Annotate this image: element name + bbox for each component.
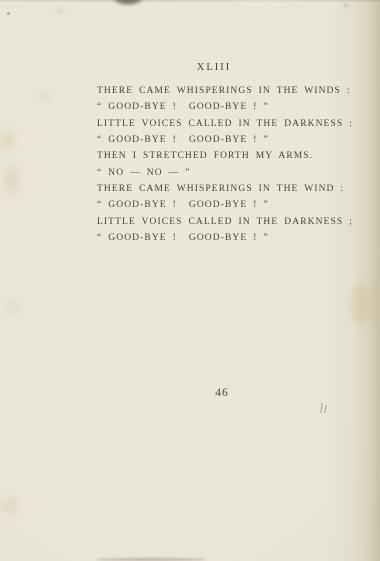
poem-line: “ NO — NO — ”	[97, 165, 357, 181]
foxing-spot	[0, 124, 20, 158]
pencil-mark	[319, 402, 329, 415]
page-top-edge-shading	[0, 0, 380, 2]
paper-speck	[7, 12, 10, 15]
poem-text: THERE CAME WHISPERINGS IN THE WINDS : “ …	[97, 83, 357, 246]
poem-line: LITTLE VOICES CALLED IN THE DARKNESS :	[97, 116, 357, 132]
poem-line: “ GOOD-BYE ! GOOD-BYE ! ”	[97, 230, 357, 246]
poem-line: “ GOOD-BYE ! GOOD-BYE ! ”	[97, 197, 357, 213]
poem-line: THEN I STRETCHED FORTH MY ARMS.	[97, 148, 357, 164]
pencil-stroke	[320, 403, 322, 413]
foxing-spot	[2, 296, 24, 318]
foxing-spot	[36, 88, 54, 106]
page-number: 46	[215, 387, 229, 399]
poem-line: LITTLE VOICES CALLED IN THE DARKNESS ;	[97, 214, 357, 230]
foxing-spot	[54, 6, 66, 16]
poem-line: THERE CAME WHISPERINGS IN THE WIND :	[97, 181, 357, 197]
right-edge-stain	[348, 278, 378, 330]
book-page: XLIII THERE CAME WHISPERINGS IN THE WIND…	[0, 0, 380, 561]
pencil-stroke	[324, 405, 327, 413]
top-edge-smudge	[112, 0, 144, 6]
poem-number-heading: XLIII	[197, 62, 232, 73]
poem-line: “ GOOD-BYE ! GOOD-BYE ! ”	[97, 132, 357, 148]
poem-line: “ GOOD-BYE ! GOOD-BYE ! ”	[97, 99, 357, 115]
paper-speck	[344, 4, 348, 7]
foxing-spot	[0, 492, 22, 518]
foxing-spot	[0, 158, 26, 202]
poem-line: THERE CAME WHISPERINGS IN THE WINDS :	[97, 83, 357, 99]
